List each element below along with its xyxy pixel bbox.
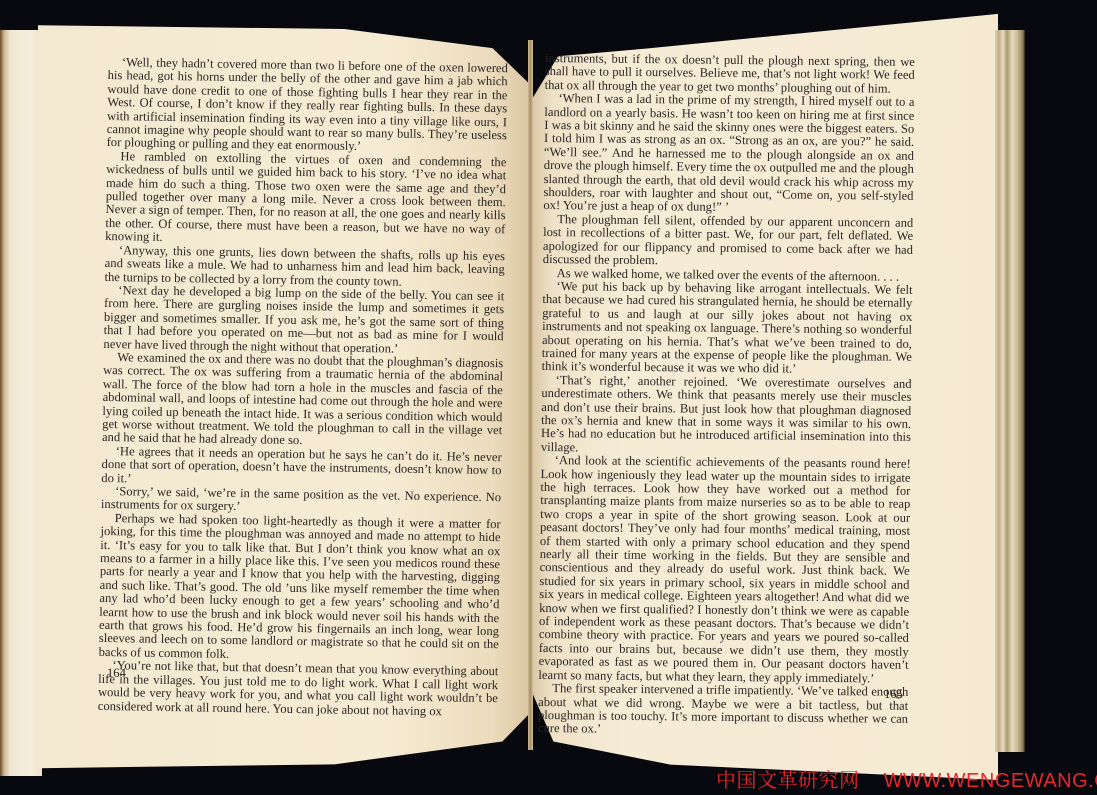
left-page-stack-edge	[0, 30, 42, 776]
paragraph: ‘Well, they hadn’t covered more than two…	[107, 56, 508, 156]
paragraph: instruments, but if the ox doesn’t pull …	[545, 52, 915, 96]
paragraph: ‘We put his back up by behaving like arr…	[542, 280, 913, 378]
paragraph: ‘When I was a lad in the prime of my str…	[543, 92, 914, 217]
paragraph: ‘That’s right,’ another rejoined. ‘We ov…	[541, 374, 912, 458]
page-number-left: 164	[107, 666, 126, 681]
watermark: 中国文革研究网 WWW.WENGEWANG.ORG	[716, 764, 1097, 793]
paragraph: We examined the ox and there was no doub…	[102, 351, 503, 451]
book-scan: ‘Well, they hadn’t covered more than two…	[0, 0, 1097, 795]
left-page-text: ‘Well, they hadn’t covered more than two…	[98, 56, 508, 719]
paragraph: The ploughman fell silent, offended by o…	[543, 213, 914, 270]
paragraph: Perhaps we had spoken too light-heartedl…	[99, 512, 501, 666]
paragraph: ‘You’re not like that, but that doesn’t …	[98, 659, 499, 719]
page-number-right: 165	[884, 687, 903, 702]
right-page-text: instruments, but if the ox doesn’t pull …	[538, 52, 915, 740]
paragraph: ‘And look at the scientific achievements…	[538, 454, 910, 686]
watermark-chinese: 中国文革研究网	[716, 770, 860, 792]
book-gutter	[528, 40, 533, 750]
paragraph: He rambled on extolling the virtues of o…	[105, 150, 506, 250]
right-page-stack-edge	[995, 30, 1025, 752]
watermark-url: WWW.WENGEWANG.ORG	[884, 770, 1097, 792]
paragraph: The first speaker intervened a trifle im…	[538, 682, 909, 739]
paragraph: ‘Next day he developed a big lump on the…	[103, 284, 504, 357]
